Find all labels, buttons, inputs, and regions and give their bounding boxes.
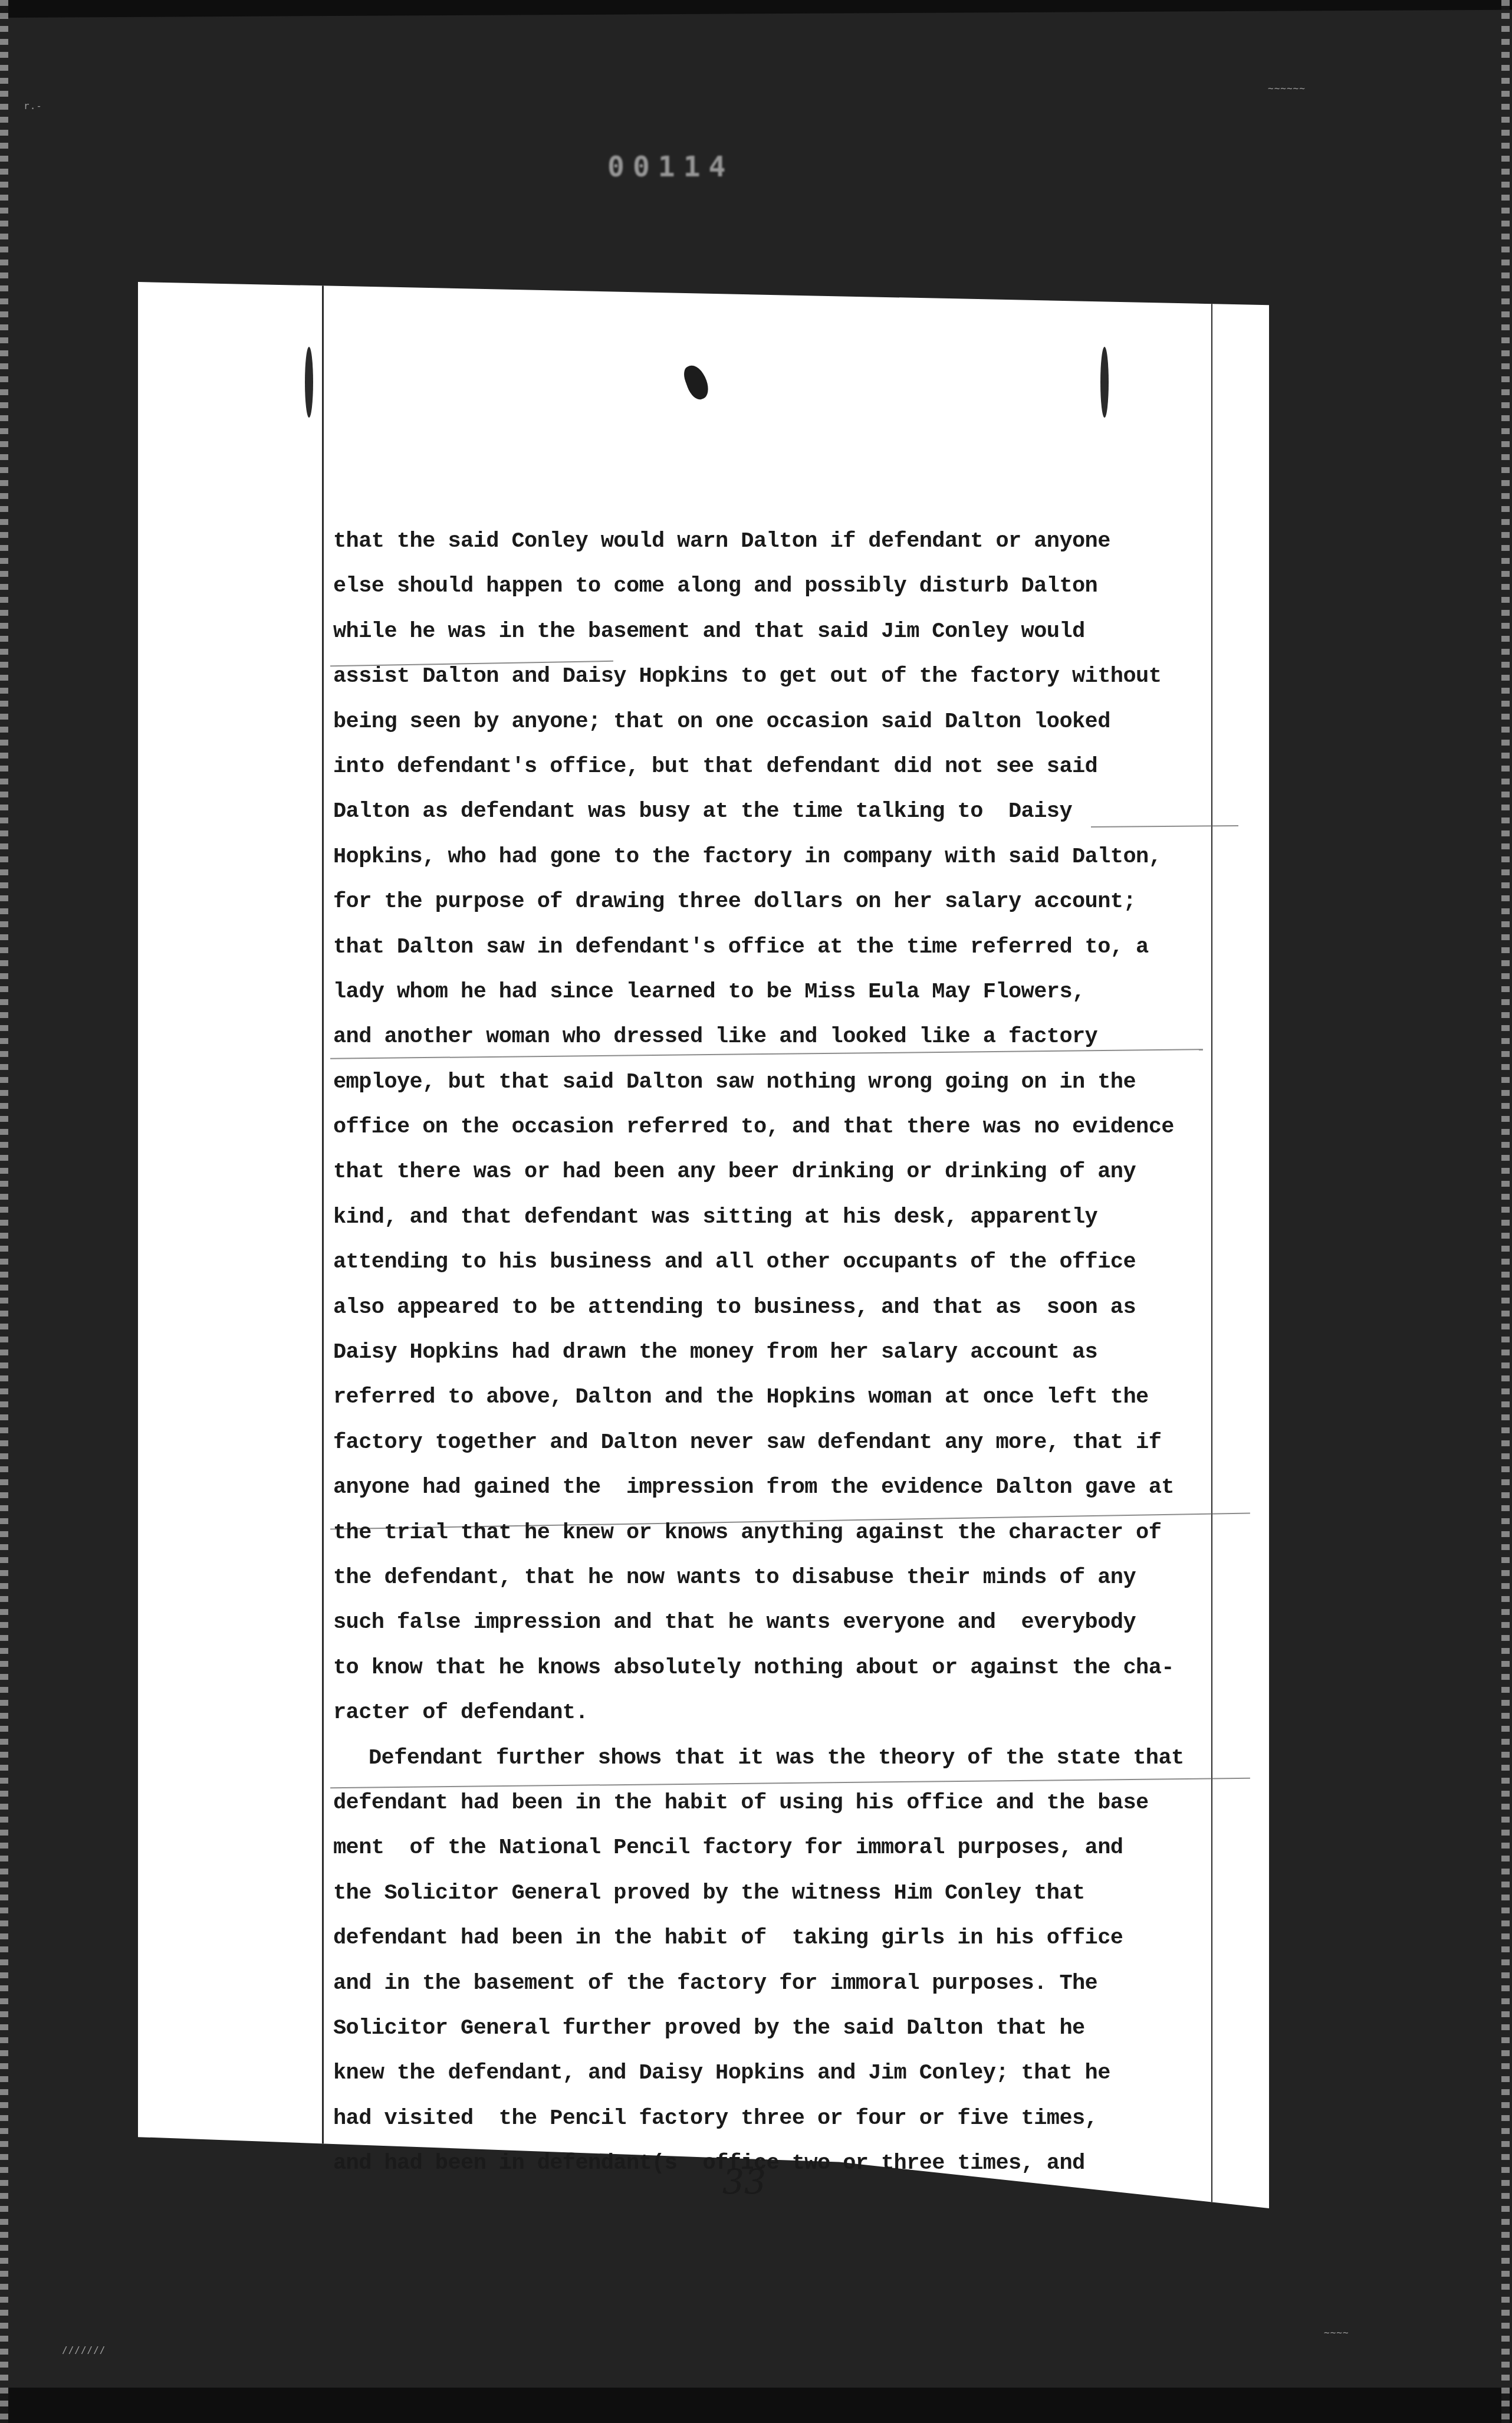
text-line: assist Dalton and Daisy Hopkins to get o… bbox=[333, 654, 1253, 699]
microfilm-frame-number: 00114 bbox=[607, 150, 734, 183]
text-line: office on the occasion referred to, and … bbox=[333, 1105, 1253, 1150]
text-line: ment of the National Pencil factory for … bbox=[333, 1826, 1253, 1870]
ink-blot bbox=[681, 362, 712, 402]
text-line: defendant had been in the habit of takin… bbox=[333, 1916, 1253, 1961]
edge-mark-bottom-right: ~~~~ bbox=[1324, 2327, 1349, 2338]
text-line: being seen by anyone; that on one occasi… bbox=[333, 700, 1253, 744]
edge-mark-top-right: ~~~~~~ bbox=[1268, 83, 1306, 94]
text-line: attending to his business and all other … bbox=[333, 1240, 1253, 1285]
left-margin-rule bbox=[322, 282, 324, 2208]
text-line: also appeared to be attending to busines… bbox=[333, 1285, 1253, 1330]
text-line: while he was in the basement and that sa… bbox=[333, 609, 1253, 654]
text-line: lady whom he had since learned to be Mis… bbox=[333, 970, 1253, 1014]
paragraph-start-line: Defendant further shows that it was the … bbox=[333, 1736, 1253, 1781]
text-line: referred to above, Dalton and the Hopkin… bbox=[333, 1375, 1253, 1420]
text-line: that there was or had been any beer drin… bbox=[333, 1150, 1253, 1194]
text-line: Dalton as defendant was busy at the time… bbox=[333, 789, 1253, 834]
text-line: Hopkins, who had gone to the factory in … bbox=[333, 835, 1253, 879]
binding-hole-mark-left bbox=[305, 347, 313, 418]
text-line: to know that he knows absolutely nothing… bbox=[333, 1646, 1253, 1690]
text-line: the defendant, that he now wants to disa… bbox=[333, 1555, 1253, 1600]
text-line: for the purpose of drawing three dollars… bbox=[333, 879, 1253, 924]
edge-mark-bottom-left: /////// bbox=[62, 2345, 106, 2356]
text-line: that Dalton saw in defendant's office at… bbox=[333, 925, 1253, 970]
text-line: that the said Conley would warn Dalton i… bbox=[333, 519, 1253, 564]
text-line: Solicitor General further proved by the … bbox=[333, 2006, 1253, 2051]
text-line: racter of defendant. bbox=[333, 1690, 1253, 1735]
binding-hole-mark-right bbox=[1100, 347, 1109, 418]
text-line: Daisy Hopkins had drawn the money from h… bbox=[333, 1330, 1253, 1375]
typewritten-body: that the said Conley would warn Dalton i… bbox=[333, 519, 1253, 2186]
text-line: factory together and Dalton never saw de… bbox=[333, 1420, 1253, 1465]
text-line: defendant had been in the habit of using… bbox=[333, 1781, 1253, 1826]
text-line: such false impression and that he wants … bbox=[333, 1600, 1253, 1645]
edge-mark-top-left: r.- bbox=[24, 100, 42, 111]
film-sprocket-edge-left bbox=[0, 0, 8, 2423]
text-line: and in the basement of the factory for i… bbox=[333, 1961, 1253, 2006]
handwritten-page-number: 33 bbox=[722, 2162, 766, 2202]
film-bottom-band bbox=[0, 2388, 1512, 2423]
text-line: else should happen to come along and pos… bbox=[333, 564, 1253, 609]
text-line: knew the defendant, and Daisy Hopkins an… bbox=[333, 2051, 1253, 2096]
film-sprocket-edge-right bbox=[1501, 0, 1510, 2423]
text-line: the trial that he knew or knows anything… bbox=[333, 1511, 1253, 1555]
film-top-band bbox=[0, 0, 1512, 18]
text-line: anyone had gained the impression from th… bbox=[333, 1465, 1253, 1510]
text-line: and had been in defendant(s office two o… bbox=[333, 2141, 1253, 2186]
text-line: into defendant's office, but that defend… bbox=[333, 744, 1253, 789]
text-line: kind, and that defendant was sitting at … bbox=[333, 1195, 1253, 1240]
text-line: had visited the Pencil factory three or … bbox=[333, 2096, 1253, 2141]
text-line: employe, but that said Dalton saw nothin… bbox=[333, 1060, 1253, 1105]
text-line: the Solicitor General proved by the witn… bbox=[333, 1871, 1253, 1916]
text-line: and another woman who dressed like and l… bbox=[333, 1014, 1253, 1059]
